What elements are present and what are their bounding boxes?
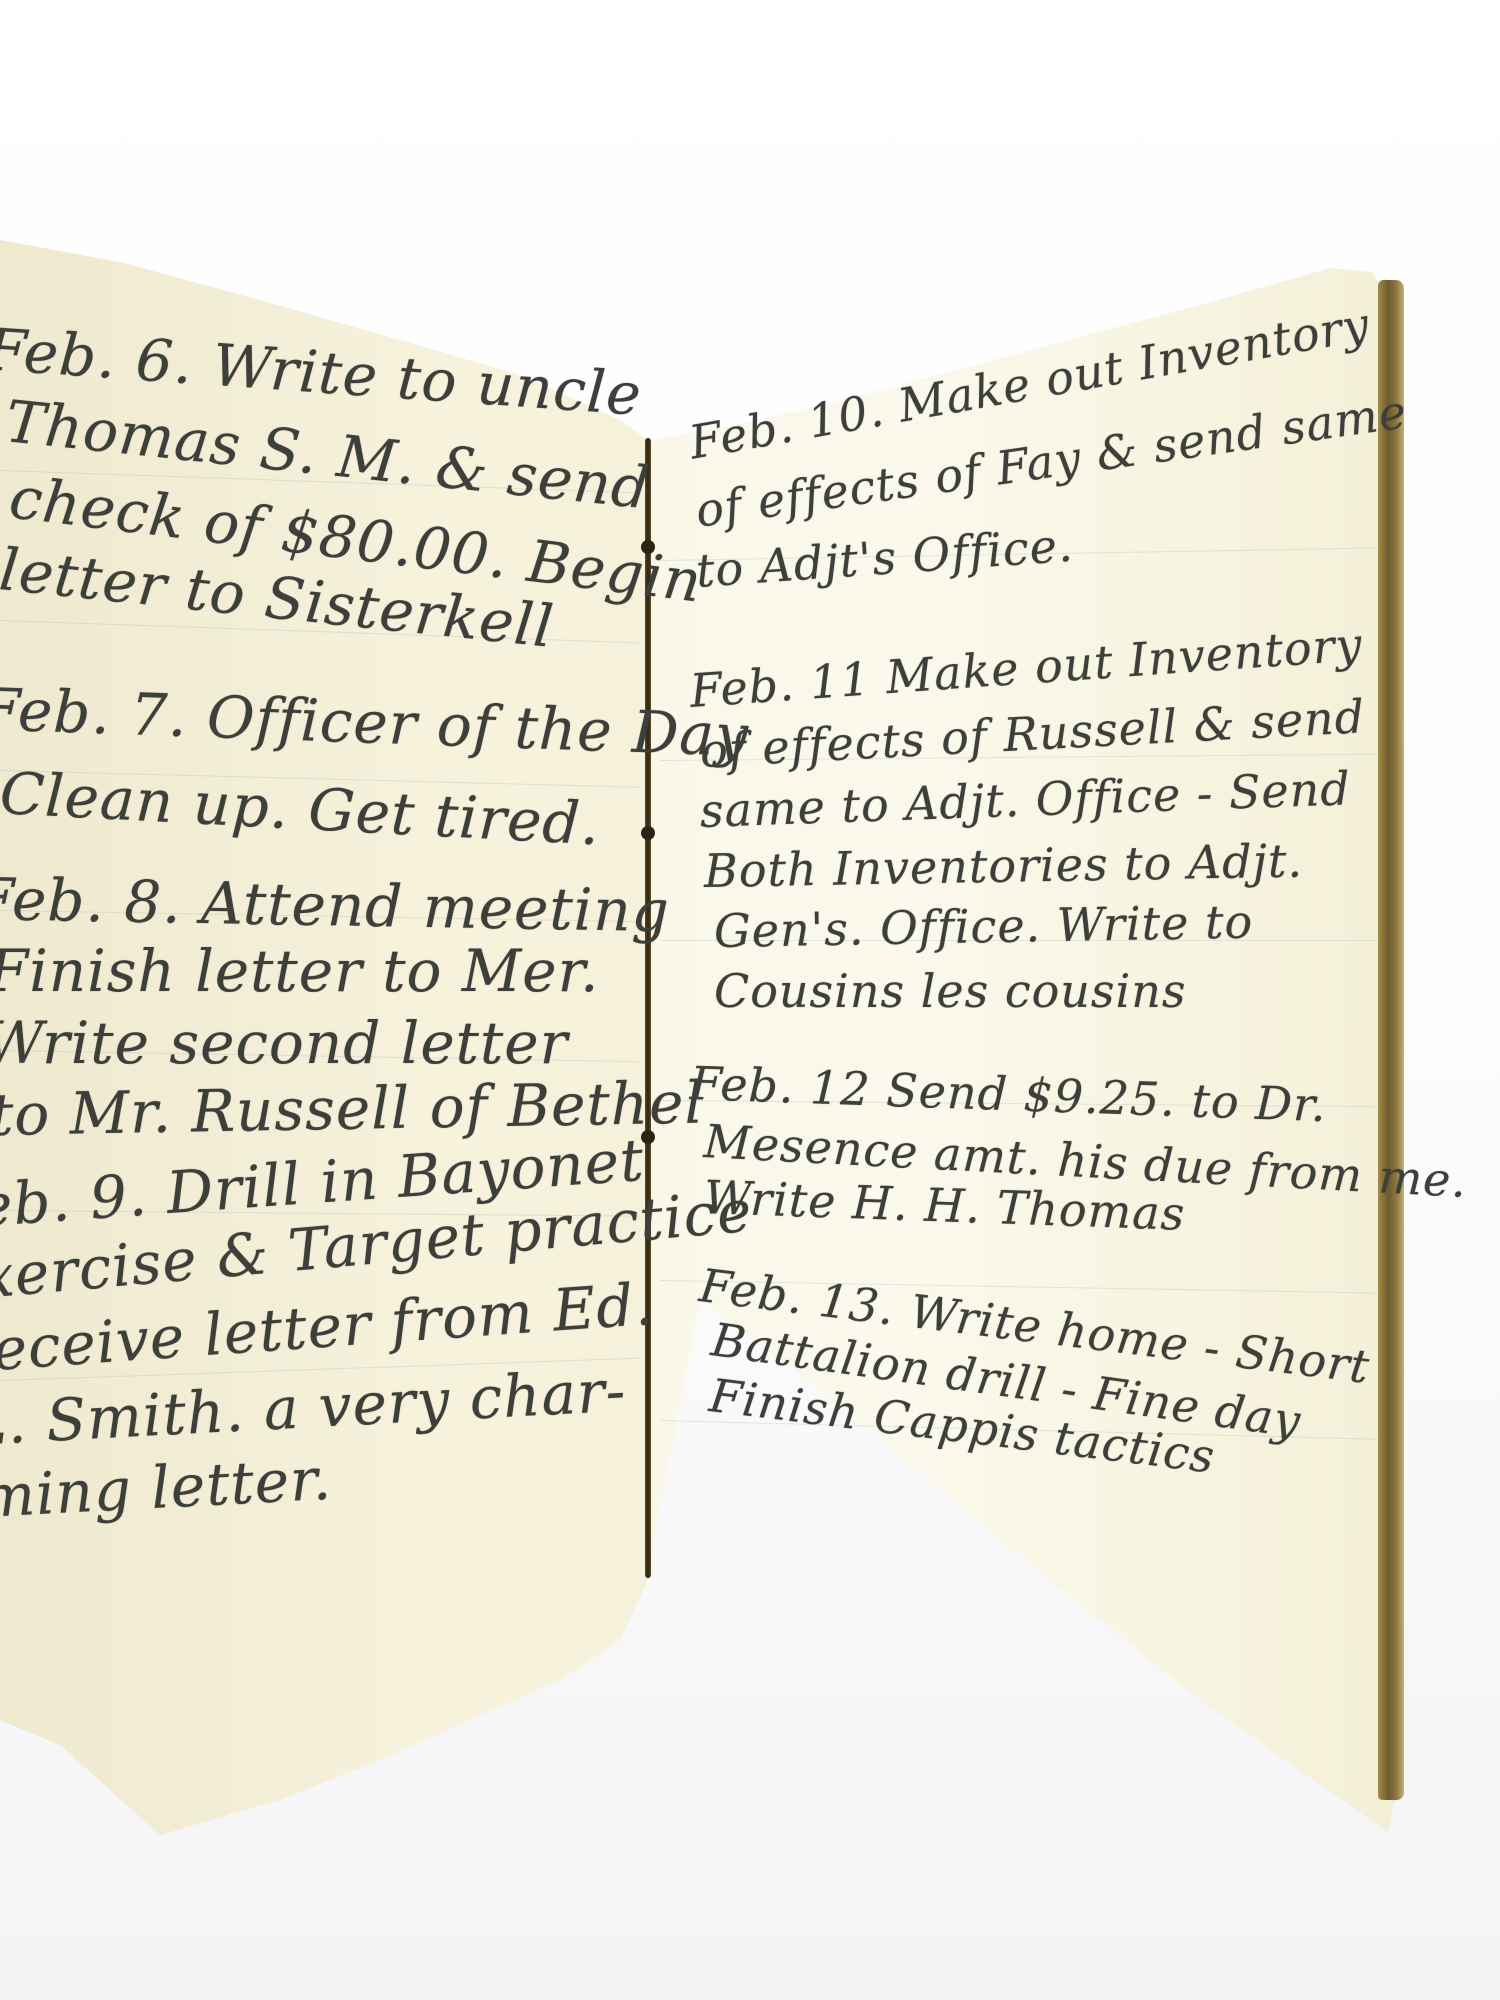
entry-line: Finish letter to Mer. <box>0 942 704 1000</box>
diary-entry-feb-7: Feb. 7. Officer of the Day Clean up. Get… <box>0 680 749 822</box>
diary-entry-feb-12: Feb. 12 Send $9.25. to Dr. Mesence amt. … <box>690 1060 1468 1220</box>
diary-entry-feb-9: Feb. 9. Drill in Bayonet exercise & Targ… <box>0 1180 755 1526</box>
diary-entry-feb-10: Feb. 10. Make out Inventory of effects o… <box>690 420 1413 594</box>
entry-line: Feb. 7. Officer of the Day <box>0 680 750 765</box>
entry-line: Feb. 8. Attend meeting <box>0 870 704 941</box>
diary-entry-feb-11: Feb. 11 Make out Inventory of effects of… <box>690 668 1366 1014</box>
entry-line: same to Adjt. Office - Send <box>699 765 1366 834</box>
entry-line: Both Inventories to Adjt. <box>704 836 1367 894</box>
diary-entry-feb-13: Feb. 13. Write home - Short Battalion dr… <box>700 1262 1375 1418</box>
entry-line: Cousins les cousins <box>714 968 1366 1014</box>
diary-entry-feb-8: Feb. 8. Attend meeting Finish letter to … <box>0 870 704 1144</box>
entry-line: Write second letter <box>0 1014 704 1072</box>
entry-line: Gen's. Office. Write to <box>714 897 1367 954</box>
diary-entry-feb-6: Feb. 6. Write to uncle Thomas S. M. & se… <box>0 320 707 598</box>
